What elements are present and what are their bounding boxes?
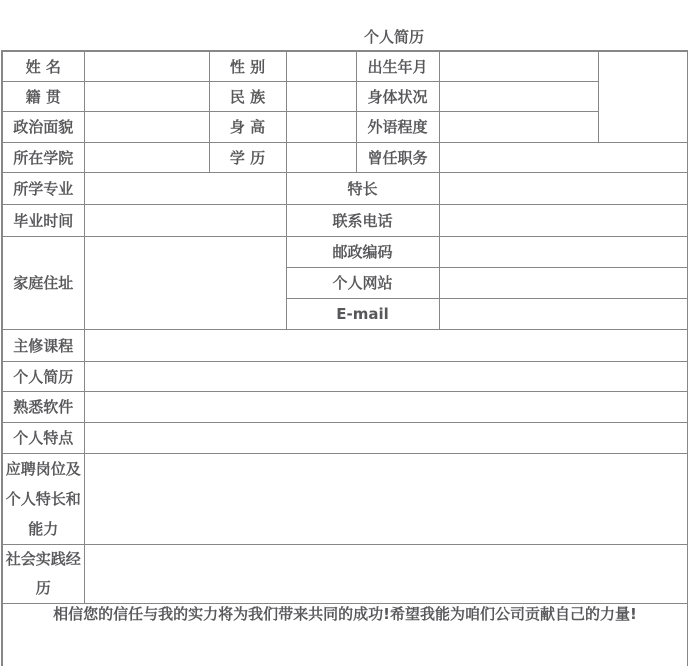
graduation-time-value-cell[interactable] [84,204,286,236]
personal-resume-label: 个人简历 [2,361,84,391]
familiar-software-label: 熟悉软件 [2,391,84,422]
political-status-value-cell[interactable] [84,111,209,142]
email-label: E-mail [286,298,439,329]
row-graduation: 毕业时间 联系电话 [2,204,688,236]
row-main-courses: 主修课程 [2,329,688,361]
email-value-cell[interactable] [439,298,688,329]
row-major: 所学专业 特长 [2,172,688,204]
postal-code-label: 邮政编码 [286,236,439,267]
native-place-label: 籍 贯 [2,81,84,111]
gender-label: 性 别 [209,51,286,81]
row-basic-3: 政治面貌 身 高 外语程度 [2,111,688,142]
contact-phone-label: 联系电话 [286,204,439,236]
personal-resume-value-cell[interactable] [84,361,688,391]
contact-phone-value-cell[interactable] [439,204,688,236]
row-basic-1: 姓 名 性 别 出生年月 [2,51,688,81]
personal-website-label: 个人网站 [286,267,439,298]
row-basic-4: 所在学院 学 历 曾任职务 [2,142,688,172]
height-value-cell[interactable] [286,111,356,142]
personal-traits-value-cell[interactable] [84,422,688,453]
native-place-value-cell[interactable] [84,81,209,111]
familiar-software-value-cell[interactable] [84,391,688,422]
specialty-label: 特长 [286,172,439,204]
target-position-label: 应聘岗位及个人特长和能力 [2,453,84,544]
row-familiar-software: 熟悉软件 [2,391,688,422]
height-label: 身 高 [209,111,286,142]
row-personal-resume: 个人简历 [2,361,688,391]
postal-code-value-cell[interactable] [439,236,688,267]
gender-value-cell[interactable] [286,51,356,81]
main-courses-value-cell[interactable] [84,329,688,361]
row-address-1: 家庭住址 邮政编码 [2,236,688,267]
foreign-language-value-cell[interactable] [439,111,598,142]
row-basic-2: 籍 贯 民 族 身体状况 [2,81,688,111]
row-target-position: 应聘岗位及个人特长和能力 [2,453,688,544]
row-footer: 相信您的信任与我的实力将为我们带来共同的成功!希望我能为咱们公司贡献自己的力量! [2,603,688,666]
home-address-label: 家庭住址 [2,236,84,329]
social-practice-value-cell[interactable] [84,544,688,603]
graduation-time-label: 毕业时间 [2,204,84,236]
specialty-value-cell[interactable] [439,172,688,204]
photo-cell[interactable] [598,51,688,142]
personal-traits-label: 个人特点 [2,422,84,453]
page-title: 个人简历 [0,0,688,50]
previous-position-label: 曾任职务 [356,142,439,172]
birth-date-label: 出生年月 [356,51,439,81]
social-practice-label: 社会实践经历 [2,544,84,603]
home-address-value-cell[interactable] [84,236,286,329]
ethnicity-value-cell[interactable] [286,81,356,111]
name-value-cell[interactable] [84,51,209,81]
resume-table: 姓 名 性 别 出生年月 籍 贯 民 族 身体状况 政治面貌 身 高 外语程度 … [1,50,688,666]
main-courses-label: 主修课程 [2,329,84,361]
ethnicity-label: 民 族 [209,81,286,111]
college-value-cell[interactable] [84,142,209,172]
foreign-language-label: 外语程度 [356,111,439,142]
resume-page: 个人简历 姓 名 性 别 出生年月 籍 贯 民 族 身体状况 政治面貌 [0,0,688,666]
birth-date-value-cell[interactable] [439,51,598,81]
health-status-label: 身体状况 [356,81,439,111]
personal-website-value-cell[interactable] [439,267,688,298]
previous-position-value-cell[interactable] [439,142,688,172]
name-label: 姓 名 [2,51,84,81]
target-position-value-cell[interactable] [84,453,688,544]
education-label: 学 历 [209,142,286,172]
major-label: 所学专业 [2,172,84,204]
health-status-value-cell[interactable] [439,81,598,111]
political-status-label: 政治面貌 [2,111,84,142]
education-value-cell[interactable] [286,142,356,172]
major-value-cell[interactable] [84,172,286,204]
college-label: 所在学院 [2,142,84,172]
footer-message: 相信您的信任与我的实力将为我们带来共同的成功!希望我能为咱们公司贡献自己的力量! [2,603,688,666]
row-personal-traits: 个人特点 [2,422,688,453]
row-social-practice: 社会实践经历 [2,544,688,603]
